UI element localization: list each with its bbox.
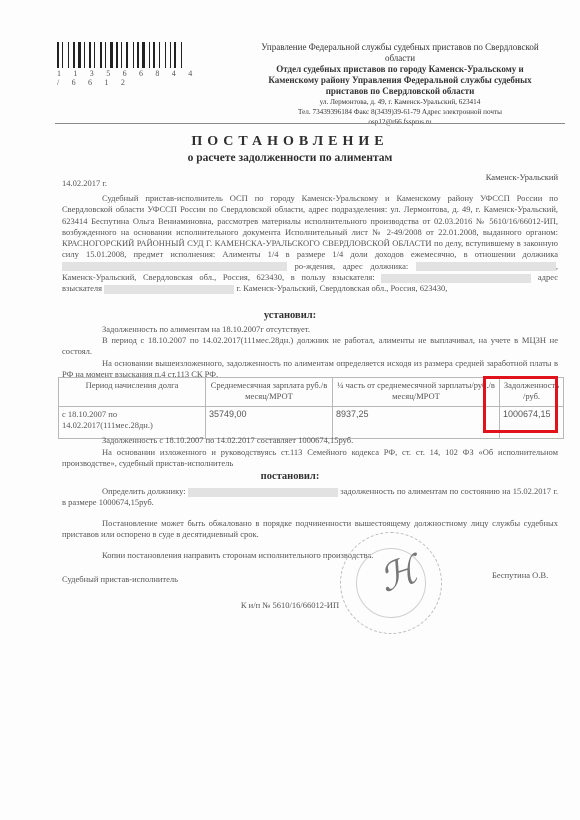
organization-header: Управление Федеральной службы судебных п… [250,42,550,127]
redacted-claimant-address [104,285,234,294]
col-avg-salary: Среднемесячная зарплата руб./в месяц/МРО… [206,378,333,407]
scanned-document: 1 1 3 5 6 6 8 4 4 / 6 6 1 2 Управление Ф… [0,0,580,820]
barcode-number: 1 1 3 5 6 6 8 4 4 / 6 6 1 2 [57,69,207,87]
redacted-claimant-name [381,274,531,283]
signature-name: Беспутина О.В. [492,570,572,581]
redacted-debtor-name [188,488,338,497]
org-address: ул. Лермонтова, д. 49, г. Каменск-Уральс… [250,97,550,107]
barcode [57,42,205,68]
dept-line: приставов по Свердловской области [250,86,550,97]
document-title: ПОСТАНОВЛЕНИЕ [0,134,580,150]
cell-period: с 18.10.2007 по 14.02.2017(111мес.28дн.) [59,407,206,439]
resolved-p1: Определить должнику: задолженность по ал… [62,486,558,509]
redacted-debtor-name [62,262,287,271]
cell-quarter: 8937,25 [333,407,500,439]
header-divider [55,123,565,124]
org-line: области [250,53,550,64]
document-subtitle: о расчете задолженности по алиментам [0,152,580,164]
resolved-p2: Постановление может быть обжаловано в по… [62,518,558,541]
established-p1: Задолженность по алиментам на 18.10.2007… [62,324,558,335]
document-city: Каменск-Уральский [486,172,558,182]
summary-p1: Задолженность с 18.10.2007 по 14.02.2017… [62,435,558,446]
org-email: osp12@r66.fssprus.ru [250,117,550,127]
col-quarter: ¼ часть от среднемесячной зарплаты/руб./… [333,378,500,407]
intro-paragraph: Судебный пристав-исполнитель ОСП по горо… [62,193,558,295]
summary-p2: На основании изложенного и руководствуяс… [62,447,558,470]
org-line: Управление Федеральной службы судебных п… [250,42,550,53]
dept-line: Каменскому району Управления Федеральной… [250,75,550,86]
established-heading: установил: [0,310,580,321]
document-date: 14.02.2017 г. [62,178,107,188]
org-contacts: Тел. 73439396184 Факс 8(3439)39-61-79 Ад… [250,107,550,117]
redacted-debtor-address [416,262,556,271]
resolved-heading: постановил: [0,471,580,482]
dept-line: Отдел судебных приставов по городу Камен… [250,64,550,75]
case-reference: К и/п № 5610/16/66012-ИП [0,600,580,611]
cell-avg-salary: 35749,00 [206,407,333,439]
col-period: Период начисления долга [59,378,206,407]
established-p2: В период с 18.10.2007 по 14.02.2017(111м… [62,335,558,358]
debt-highlight-box [483,376,558,433]
signature-role: Судебный пристав-исполнитель [62,574,558,585]
resolved-p3: Копии постановления направить сторонам и… [62,550,558,561]
